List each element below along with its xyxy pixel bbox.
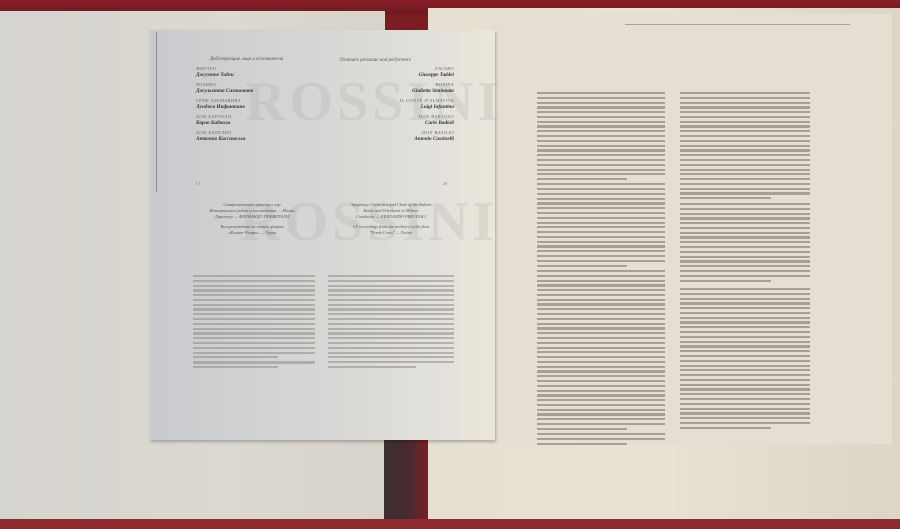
text-line xyxy=(680,293,810,295)
text-line xyxy=(537,140,665,142)
text-line xyxy=(680,408,810,410)
text-line xyxy=(680,265,810,267)
cast-entry: ДОН БАРТОЛОКарло Бадиоли xyxy=(196,114,253,127)
text-line xyxy=(680,208,810,210)
text-line xyxy=(680,140,810,142)
cast-entry: ДОН БАЗИЛИОАнтонио Кассинелли xyxy=(196,130,253,143)
text-line xyxy=(328,294,454,296)
text-line xyxy=(537,299,665,301)
text-line xyxy=(537,250,665,252)
text-line xyxy=(328,308,454,310)
text-line xyxy=(680,154,810,156)
text-line xyxy=(328,356,454,358)
text-line xyxy=(193,356,278,358)
text-line xyxy=(680,374,810,376)
text-line xyxy=(193,337,315,339)
text-line xyxy=(680,307,810,309)
text-line xyxy=(680,256,810,258)
text-line xyxy=(680,326,810,328)
synopsis-column-2c xyxy=(680,288,810,431)
text-line xyxy=(680,384,810,386)
text-line xyxy=(328,328,454,330)
synopsis-column-2a xyxy=(680,92,810,202)
singer-name: Giuseppe Taddei xyxy=(326,72,454,79)
album-spine xyxy=(384,440,428,522)
text-line xyxy=(193,313,315,315)
text-line xyxy=(680,341,810,343)
text-line xyxy=(680,149,810,151)
text-line xyxy=(680,246,810,248)
cast-entry: ФИГАРОДжузеппе Тадеи xyxy=(196,66,253,79)
text-line xyxy=(193,361,315,363)
text-line xyxy=(328,289,454,291)
cast-entry: FIGAROGiuseppe Taddei xyxy=(326,66,454,79)
text-line xyxy=(680,403,810,405)
text-line xyxy=(328,304,454,306)
text-line xyxy=(193,280,315,282)
text-line xyxy=(328,313,454,315)
text-line xyxy=(537,337,665,339)
text-line xyxy=(537,366,665,368)
text-line xyxy=(328,299,454,301)
text-line xyxy=(537,294,665,296)
text-line xyxy=(680,197,771,199)
text-line xyxy=(537,413,665,415)
text-line xyxy=(328,347,454,349)
text-line xyxy=(537,438,665,440)
text-line xyxy=(680,350,810,352)
photo-scene: ROSSINI ROSSINI Действующие лица и испол… xyxy=(0,0,900,529)
singer-name: Giulietta Simionato xyxy=(326,88,454,95)
text-line xyxy=(537,164,665,166)
text-line xyxy=(537,231,665,233)
text-line xyxy=(537,347,665,349)
text-line xyxy=(537,130,665,132)
text-line xyxy=(328,342,454,344)
text-line xyxy=(680,241,810,243)
text-line xyxy=(328,323,454,325)
text-line xyxy=(680,260,810,262)
text-line xyxy=(537,308,665,310)
text-line xyxy=(537,380,665,382)
cast-entry: РОЗИНАДжульетта Симионато xyxy=(196,82,253,95)
credits-ru: Симфонический оркестр и хорИтальянского … xyxy=(192,202,312,236)
text-line xyxy=(193,342,315,344)
text-line xyxy=(537,245,665,247)
text-line xyxy=(537,356,665,358)
text-line xyxy=(680,145,810,147)
text-line xyxy=(680,92,810,94)
singer-name: Антонио Кассинелли xyxy=(196,136,253,143)
text-line xyxy=(193,347,315,349)
text-line xyxy=(537,394,665,396)
sheet-edge xyxy=(156,32,157,192)
text-line xyxy=(193,308,315,310)
text-line xyxy=(537,409,665,411)
text-line xyxy=(680,345,810,347)
text-line xyxy=(537,178,627,180)
credit-line: «Фонит-Четра» — Турин xyxy=(192,230,312,236)
text-line xyxy=(680,360,810,362)
text-line xyxy=(537,212,665,214)
text-line xyxy=(193,318,315,320)
text-line xyxy=(537,121,665,123)
text-line xyxy=(537,428,627,430)
cast-list-ru: ФИГАРОДжузеппе ТадеиРОЗИНАДжульетта Сими… xyxy=(196,66,253,146)
text-line xyxy=(328,337,454,339)
text-line xyxy=(537,399,665,401)
text-line xyxy=(193,285,315,287)
text-line xyxy=(680,355,810,357)
text-line xyxy=(537,135,665,137)
text-line xyxy=(680,125,810,127)
cast-entry: ROSINAGiulietta Simionato xyxy=(326,82,454,95)
text-line xyxy=(680,222,810,224)
text-line xyxy=(680,251,810,253)
cast-heading-ru: Действующие лица и исполнители xyxy=(210,57,283,62)
cast-entry: DON BARTOLOCarlo Badioli xyxy=(326,114,454,127)
text-line xyxy=(537,97,665,99)
text-line xyxy=(537,370,665,372)
text-line xyxy=(680,227,810,229)
essay-column-1 xyxy=(193,275,315,371)
text-line xyxy=(193,275,315,277)
text-line xyxy=(193,352,315,354)
red-album-cover-bottom xyxy=(0,519,900,529)
synopsis-column-2b xyxy=(680,203,810,284)
text-line xyxy=(537,198,665,200)
text-line xyxy=(537,159,665,161)
text-line xyxy=(537,236,665,238)
text-line xyxy=(680,312,810,314)
text-line xyxy=(193,366,278,368)
text-line xyxy=(537,173,665,175)
text-line xyxy=(680,365,810,367)
text-line xyxy=(328,361,454,363)
singer-name: Луиджи Инфантино xyxy=(196,104,253,111)
text-line xyxy=(193,328,315,330)
text-line xyxy=(680,111,810,113)
text-line xyxy=(680,369,810,371)
text-line xyxy=(680,422,810,424)
singer-name: Джузеппе Тадеи xyxy=(196,72,253,79)
text-line xyxy=(537,188,665,190)
text-line xyxy=(680,379,810,381)
synopsis-column-1b xyxy=(537,270,665,447)
text-line xyxy=(537,145,665,147)
text-line xyxy=(537,183,665,185)
text-line xyxy=(680,135,810,137)
text-line xyxy=(537,303,665,305)
text-line xyxy=(193,289,315,291)
text-line xyxy=(193,323,315,325)
text-line xyxy=(680,398,810,400)
text-line xyxy=(680,116,810,118)
cast-entry: ГРАФ АЛЬМАВИВАЛуиджи Инфантино xyxy=(196,98,253,111)
text-line xyxy=(680,130,810,132)
text-line xyxy=(680,188,810,190)
page-marker-left: I 3 xyxy=(196,181,200,186)
page-rule xyxy=(625,24,850,25)
cast-list-en: FIGAROGiuseppe TaddeiROSINAGiulietta Sim… xyxy=(326,66,454,146)
text-line xyxy=(537,222,665,224)
text-line xyxy=(537,351,665,353)
text-line xyxy=(680,427,771,429)
text-line xyxy=(328,366,416,368)
text-line xyxy=(537,193,665,195)
text-line xyxy=(537,375,665,377)
text-line xyxy=(680,317,810,319)
text-line xyxy=(537,404,665,406)
text-line xyxy=(537,289,665,291)
text-line xyxy=(537,154,665,156)
page-marker-right: 29 xyxy=(443,181,447,186)
text-line xyxy=(680,203,810,205)
text-line xyxy=(537,361,665,363)
text-line xyxy=(680,270,810,272)
text-line xyxy=(680,213,810,215)
text-line xyxy=(680,232,810,234)
text-line xyxy=(193,332,315,334)
text-line xyxy=(537,443,627,445)
text-line xyxy=(680,173,810,175)
text-line xyxy=(537,265,627,267)
text-line xyxy=(328,280,454,282)
text-line xyxy=(537,169,665,171)
cast-heading-en: Dramatis personae and performers xyxy=(340,58,411,63)
singer-name: Карло Бадиоли xyxy=(196,120,253,127)
cast-entry: DON BASILIOAntonio Cassinelli xyxy=(326,130,454,143)
text-line xyxy=(680,275,810,277)
text-line xyxy=(537,255,665,257)
text-line xyxy=(537,241,665,243)
text-line xyxy=(537,116,665,118)
text-line xyxy=(537,275,665,277)
text-line xyxy=(537,313,665,315)
text-line xyxy=(537,323,665,325)
text-line xyxy=(680,388,810,390)
text-line xyxy=(680,298,810,300)
singer-name: Carlo Badioli xyxy=(326,120,454,127)
text-line xyxy=(537,318,665,320)
text-line xyxy=(680,393,810,395)
text-line xyxy=(680,288,810,290)
text-line xyxy=(537,260,665,262)
text-line xyxy=(680,412,810,414)
text-line xyxy=(537,111,665,113)
text-line xyxy=(537,125,665,127)
text-line xyxy=(328,275,454,277)
text-line xyxy=(680,159,810,161)
text-line xyxy=(537,284,665,286)
text-line xyxy=(537,280,665,282)
text-line xyxy=(680,236,810,238)
text-line xyxy=(537,92,665,94)
text-line xyxy=(680,280,771,282)
text-line xyxy=(193,304,315,306)
text-line xyxy=(537,106,665,108)
text-line xyxy=(537,418,665,420)
text-line xyxy=(328,318,454,320)
singer-name: Luigi Infantino xyxy=(326,104,454,111)
singer-name: Джульетта Симионато xyxy=(196,88,253,95)
text-line xyxy=(680,178,810,180)
text-line xyxy=(537,433,665,435)
text-line xyxy=(680,102,810,104)
cast-entry: IL CONTE D'ALMAVIVALuigi Infantino xyxy=(326,98,454,111)
text-line xyxy=(680,97,810,99)
credit-line: "Fonit-Cetra" — Torino xyxy=(328,230,454,236)
text-line xyxy=(328,352,454,354)
text-line xyxy=(193,299,315,301)
text-line xyxy=(537,342,665,344)
text-line xyxy=(680,417,810,419)
text-line xyxy=(328,285,454,287)
text-line xyxy=(537,207,665,209)
text-line xyxy=(680,336,810,338)
text-line xyxy=(680,164,810,166)
text-line xyxy=(537,149,665,151)
text-line xyxy=(680,321,810,323)
text-line xyxy=(680,217,810,219)
synopsis-column-1a xyxy=(537,92,665,269)
text-line xyxy=(680,302,810,304)
text-line xyxy=(537,102,665,104)
text-line xyxy=(537,327,665,329)
text-line xyxy=(328,332,454,334)
text-line xyxy=(537,423,665,425)
text-line xyxy=(680,169,810,171)
text-line xyxy=(537,217,665,219)
credits-en: Symphony Orchestra and Choir of the Ital… xyxy=(328,202,454,236)
text-line xyxy=(680,121,810,123)
essay-column-2 xyxy=(328,275,454,371)
text-line xyxy=(680,106,810,108)
text-line xyxy=(680,183,810,185)
text-line xyxy=(680,331,810,333)
singer-name: Antonio Cassinelli xyxy=(326,136,454,143)
text-line xyxy=(537,332,665,334)
text-line xyxy=(537,202,665,204)
text-line xyxy=(193,294,315,296)
text-line xyxy=(680,192,810,194)
text-line xyxy=(537,270,665,272)
text-line xyxy=(537,226,665,228)
text-line xyxy=(537,390,665,392)
text-line xyxy=(537,385,665,387)
